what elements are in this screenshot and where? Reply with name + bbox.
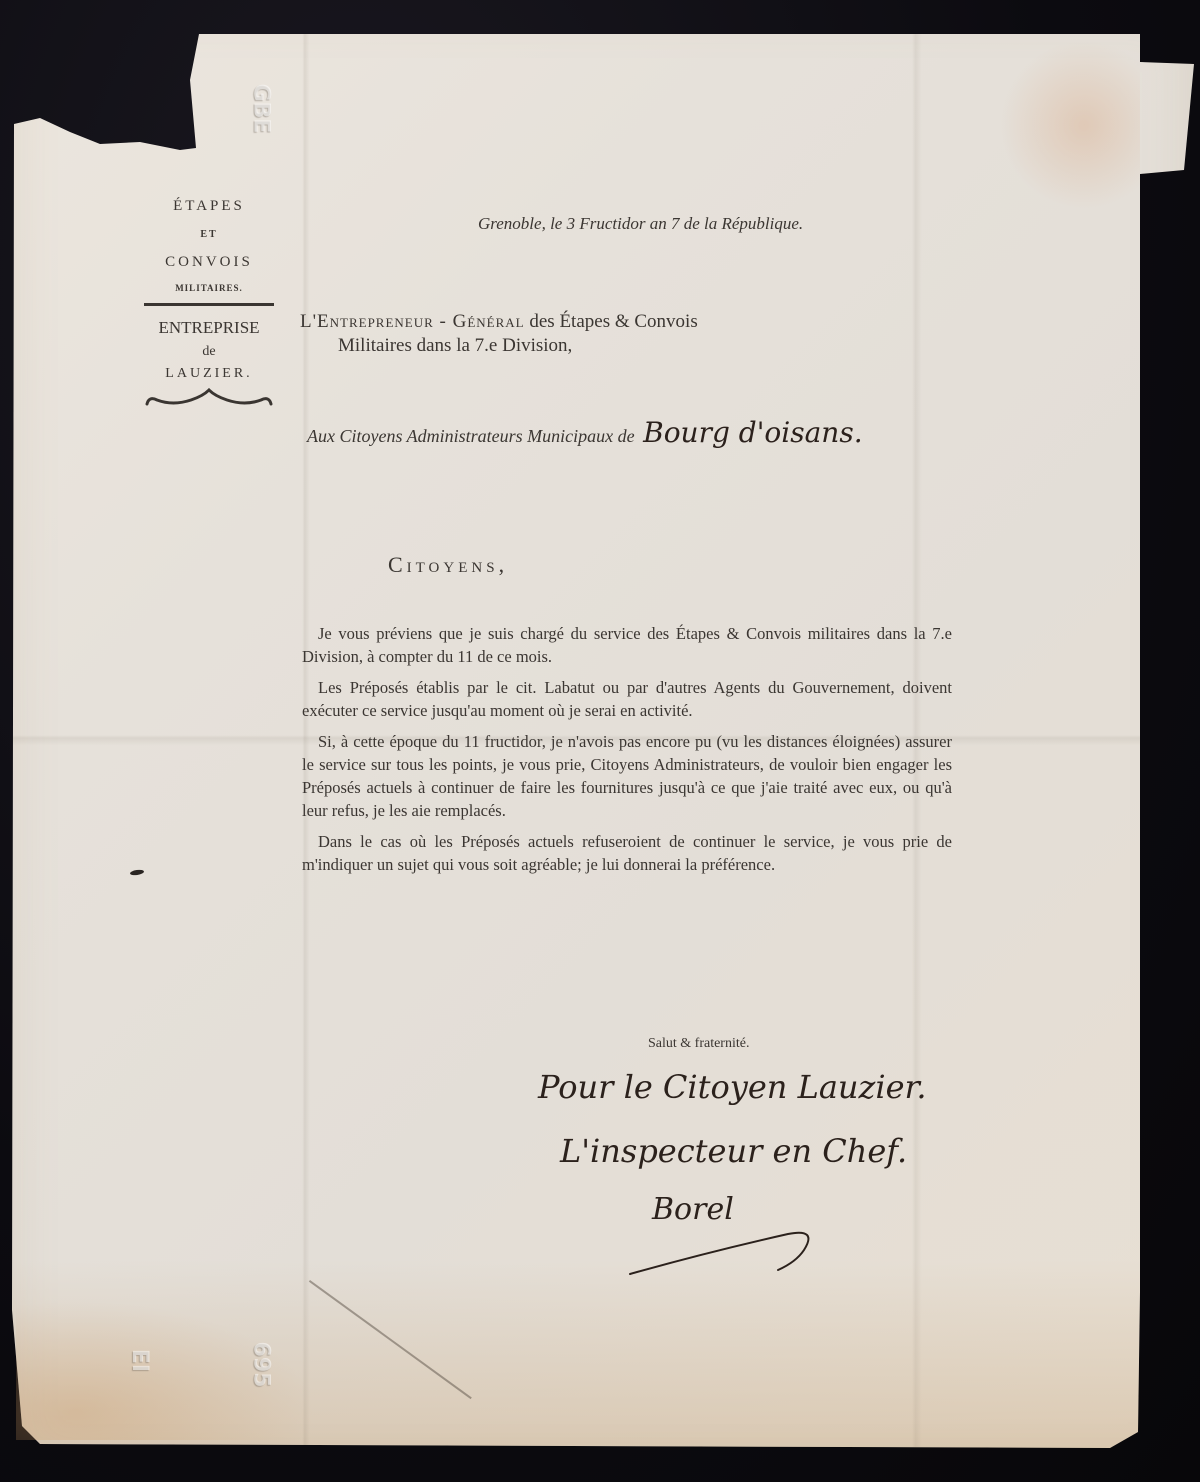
body-paragraph: Dans le cas où les Préposés actuels refu… bbox=[302, 830, 952, 876]
addressee-printed: Aux Citoyens Administrateurs Municipaux … bbox=[307, 426, 635, 446]
signature-name: Borel bbox=[652, 1192, 734, 1227]
header-title: L'Entrepreneur - Général bbox=[300, 311, 525, 332]
body-paragraph: Je vous préviens que je suis chargé du s… bbox=[302, 622, 952, 668]
embossed-stamp: GBE bbox=[248, 84, 273, 134]
header-line2: Militaires dans la 7.e Division, bbox=[300, 334, 698, 358]
side-divider bbox=[144, 303, 274, 306]
letter-body: Je vous préviens que je suis chargé du s… bbox=[302, 622, 952, 884]
letterhead-side-column: ÉTAPES ET CONVOIS MILITAIRES. ENTREPRISE… bbox=[140, 198, 278, 410]
flourish-ornament-icon bbox=[143, 388, 275, 410]
signature-line-2: L'inspecteur en Chef. bbox=[560, 1132, 907, 1170]
header-title-rest: des Étapes & Convois bbox=[529, 311, 697, 332]
dateline: Grenoble, le 3 Fructidor an 7 de la Répu… bbox=[478, 214, 803, 234]
addressee-handwritten: Bourg d'oisans. bbox=[643, 416, 862, 449]
body-paragraph: Si, à cette époque du 11 fructidor, je n… bbox=[302, 730, 952, 822]
embossed-stamp: 695 bbox=[248, 1342, 273, 1388]
side-lauzier: LAUZIER. bbox=[140, 366, 278, 382]
signature-line-1: Pour le Citoyen Lauzier. bbox=[538, 1068, 926, 1106]
letter-header: L'Entrepreneur - Général des Étapes & Co… bbox=[300, 310, 698, 358]
embossed-stamp: EI bbox=[127, 1349, 152, 1372]
side-convois: CONVOIS bbox=[140, 254, 278, 271]
addressee: Aux Citoyens Administrateurs Municipaux … bbox=[307, 416, 863, 449]
salutation: Citoyens, bbox=[388, 552, 508, 578]
signature-flourish-icon bbox=[628, 1230, 828, 1280]
side-de: de bbox=[140, 344, 278, 360]
side-militaires: MILITAIRES. bbox=[140, 283, 278, 293]
side-et: ET bbox=[140, 229, 278, 240]
closing: Salut & fraternité. bbox=[648, 1036, 749, 1052]
side-entreprise: ENTREPRISE bbox=[140, 318, 278, 338]
body-paragraph: Les Préposés établis par le cit. Labatut… bbox=[302, 676, 952, 722]
foxing-stain bbox=[1000, 40, 1140, 210]
side-etapes: ÉTAPES bbox=[140, 198, 278, 215]
